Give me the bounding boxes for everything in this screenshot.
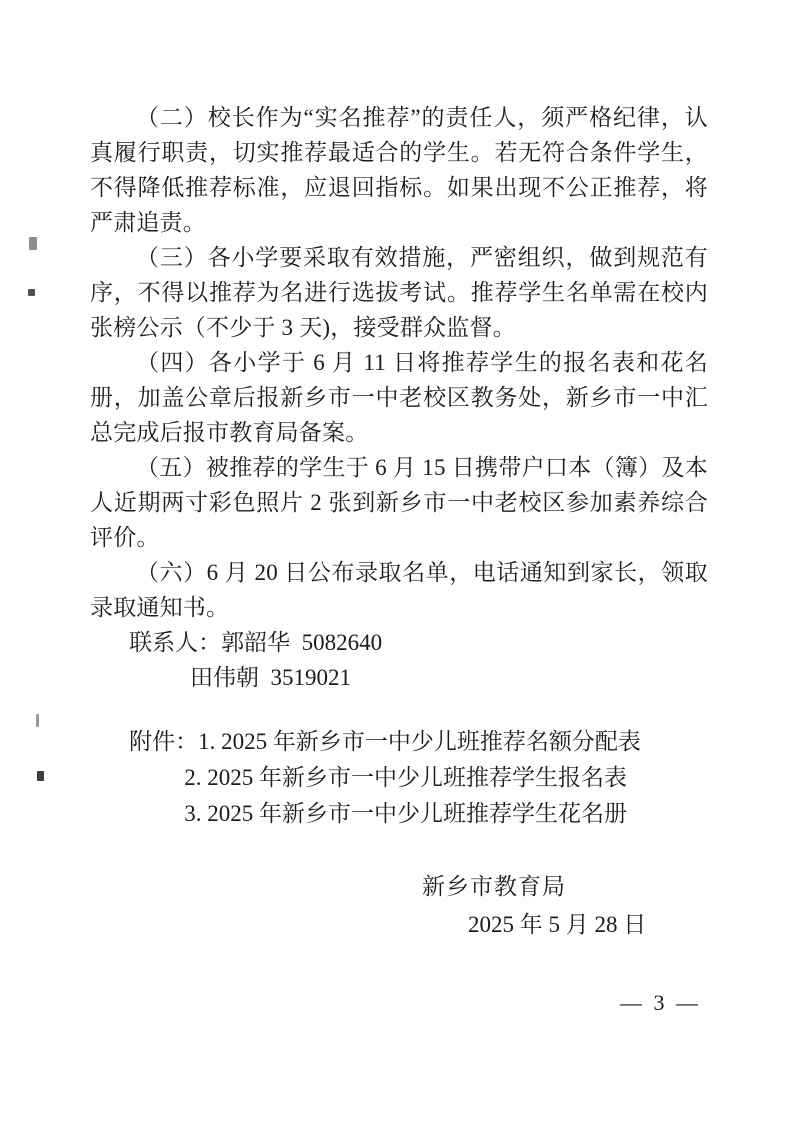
page-number: — 3 — xyxy=(620,990,701,1016)
contact-line-guo: 联系人：郭韶华 5082640 xyxy=(90,625,708,660)
paragraph-clause-2: （二）校长作为“实名推荐”的责任人，须严格纪律，认真履行职责，切实推荐最适合的学… xyxy=(90,100,708,240)
attachment-item-3: 3. 2025 年新乡市一中少儿班推荐学生花名册 xyxy=(90,796,708,832)
document-page: （二）校长作为“实名推荐”的责任人，须严格纪律，认真履行职责，切实推荐最适合的学… xyxy=(0,0,793,1121)
signature-organization: 新乡市教育局 xyxy=(422,868,708,906)
document-body: （二）校长作为“实名推荐”的责任人，须严格纪律，认真履行职责，切实推荐最适合的学… xyxy=(90,100,708,944)
signature-block: 新乡市教育局 2025 年 5 月 28 日 xyxy=(90,868,708,944)
scan-artifact xyxy=(36,714,39,727)
signature-date: 2025 年 5 月 28 日 xyxy=(468,906,708,944)
attachment-item-1: 附件：1. 2025 年新乡市一中少儿班推荐名额分配表 xyxy=(90,724,708,760)
paragraph-clause-6: （六）6 月 20 日公布录取名单，电话通知到家长，领取录取通知书。 xyxy=(90,555,708,625)
paragraph-clause-5: （五）被推荐的学生于 6 月 15 日携带户口本（簿）及本人近期两寸彩色照片 2… xyxy=(90,450,708,555)
scan-artifact xyxy=(29,237,37,250)
attachment-item-2: 2. 2025 年新乡市一中少儿班推荐学生报名表 xyxy=(90,760,708,796)
attachments-list: 附件：1. 2025 年新乡市一中少儿班推荐名额分配表 2. 2025 年新乡市… xyxy=(90,724,708,832)
contact-line-tian: 田伟朝 3519021 xyxy=(90,660,708,695)
paragraph-clause-4: （四）各小学于 6 月 11 日将推荐学生的报名表和花名册，加盖公章后报新乡市一… xyxy=(90,345,708,450)
paragraph-clause-3: （三）各小学要采取有效措施，严密组织，做到规范有序，不得以推荐为名进行选拔考试。… xyxy=(90,240,708,345)
scan-artifact xyxy=(28,289,35,296)
scan-artifact xyxy=(37,771,44,781)
